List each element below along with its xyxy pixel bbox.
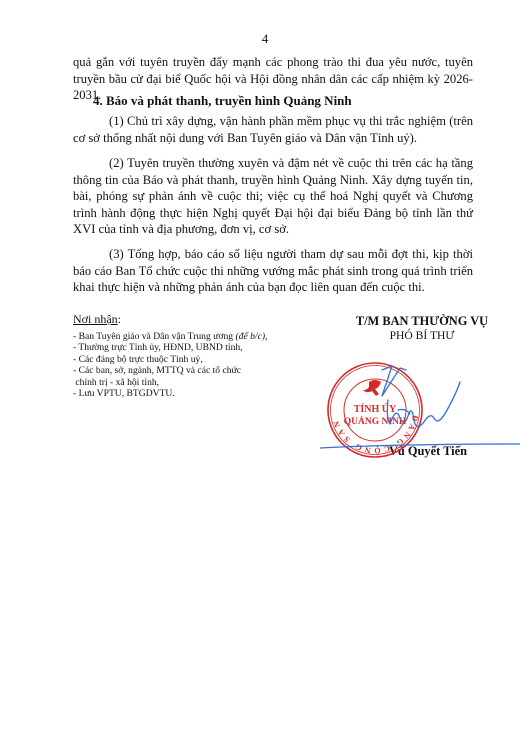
item2-block: (2) Tuyên truyền thường xuyên và đậm nét… <box>73 155 473 238</box>
item1-paragraph: (1) Chủ trì xây dựng, vận hành phần mềm … <box>73 113 473 146</box>
signature-block: T/M BAN THƯỜNG VỤ PHÓ BÍ THƯ Vũ Quyết Ti… <box>322 314 522 343</box>
recipient-item: - Lưu VPTU, BTGDVTU. <box>73 388 267 400</box>
item2-paragraph: (2) Tuyên truyền thường xuyên và đậm nét… <box>73 155 473 238</box>
recipient-item: - Thường trực Tỉnh ủy, HĐND, UBND tỉnh, <box>73 342 267 354</box>
item3-paragraph: (3) Tổng hợp, báo cáo số liệu người tham… <box>73 246 473 296</box>
page-number: 4 <box>0 31 530 47</box>
signature-position: PHÓ BÍ THƯ <box>322 329 522 343</box>
recipients-title: Nơi nhận: <box>73 314 267 326</box>
signature-title: T/M BAN THƯỜNG VỤ <box>322 314 522 329</box>
item1-block: (1) Chủ trì xây dựng, vận hành phần mềm … <box>73 113 473 146</box>
recipient-item: - Các ban, sở, ngành, MTTQ và các tổ chứ… <box>73 365 267 377</box>
section-heading: 4. Báo và phát thanh, truyền hình Quảng … <box>93 93 352 109</box>
recipient-item: - Ban Tuyên giáo và Dân vận Trung ương (… <box>73 331 267 343</box>
handwritten-signature-icon <box>320 360 520 470</box>
item3-block: (3) Tổng hợp, báo cáo số liệu người tham… <box>73 246 473 296</box>
recipient-item: chính trị - xã hội tỉnh, <box>73 377 267 389</box>
recipient-item: - Các đảng bộ trực thuộc Tỉnh uỷ, <box>73 354 267 366</box>
recipients-block: Nơi nhận: - Ban Tuyên giáo và Dân vận Tr… <box>73 314 267 400</box>
